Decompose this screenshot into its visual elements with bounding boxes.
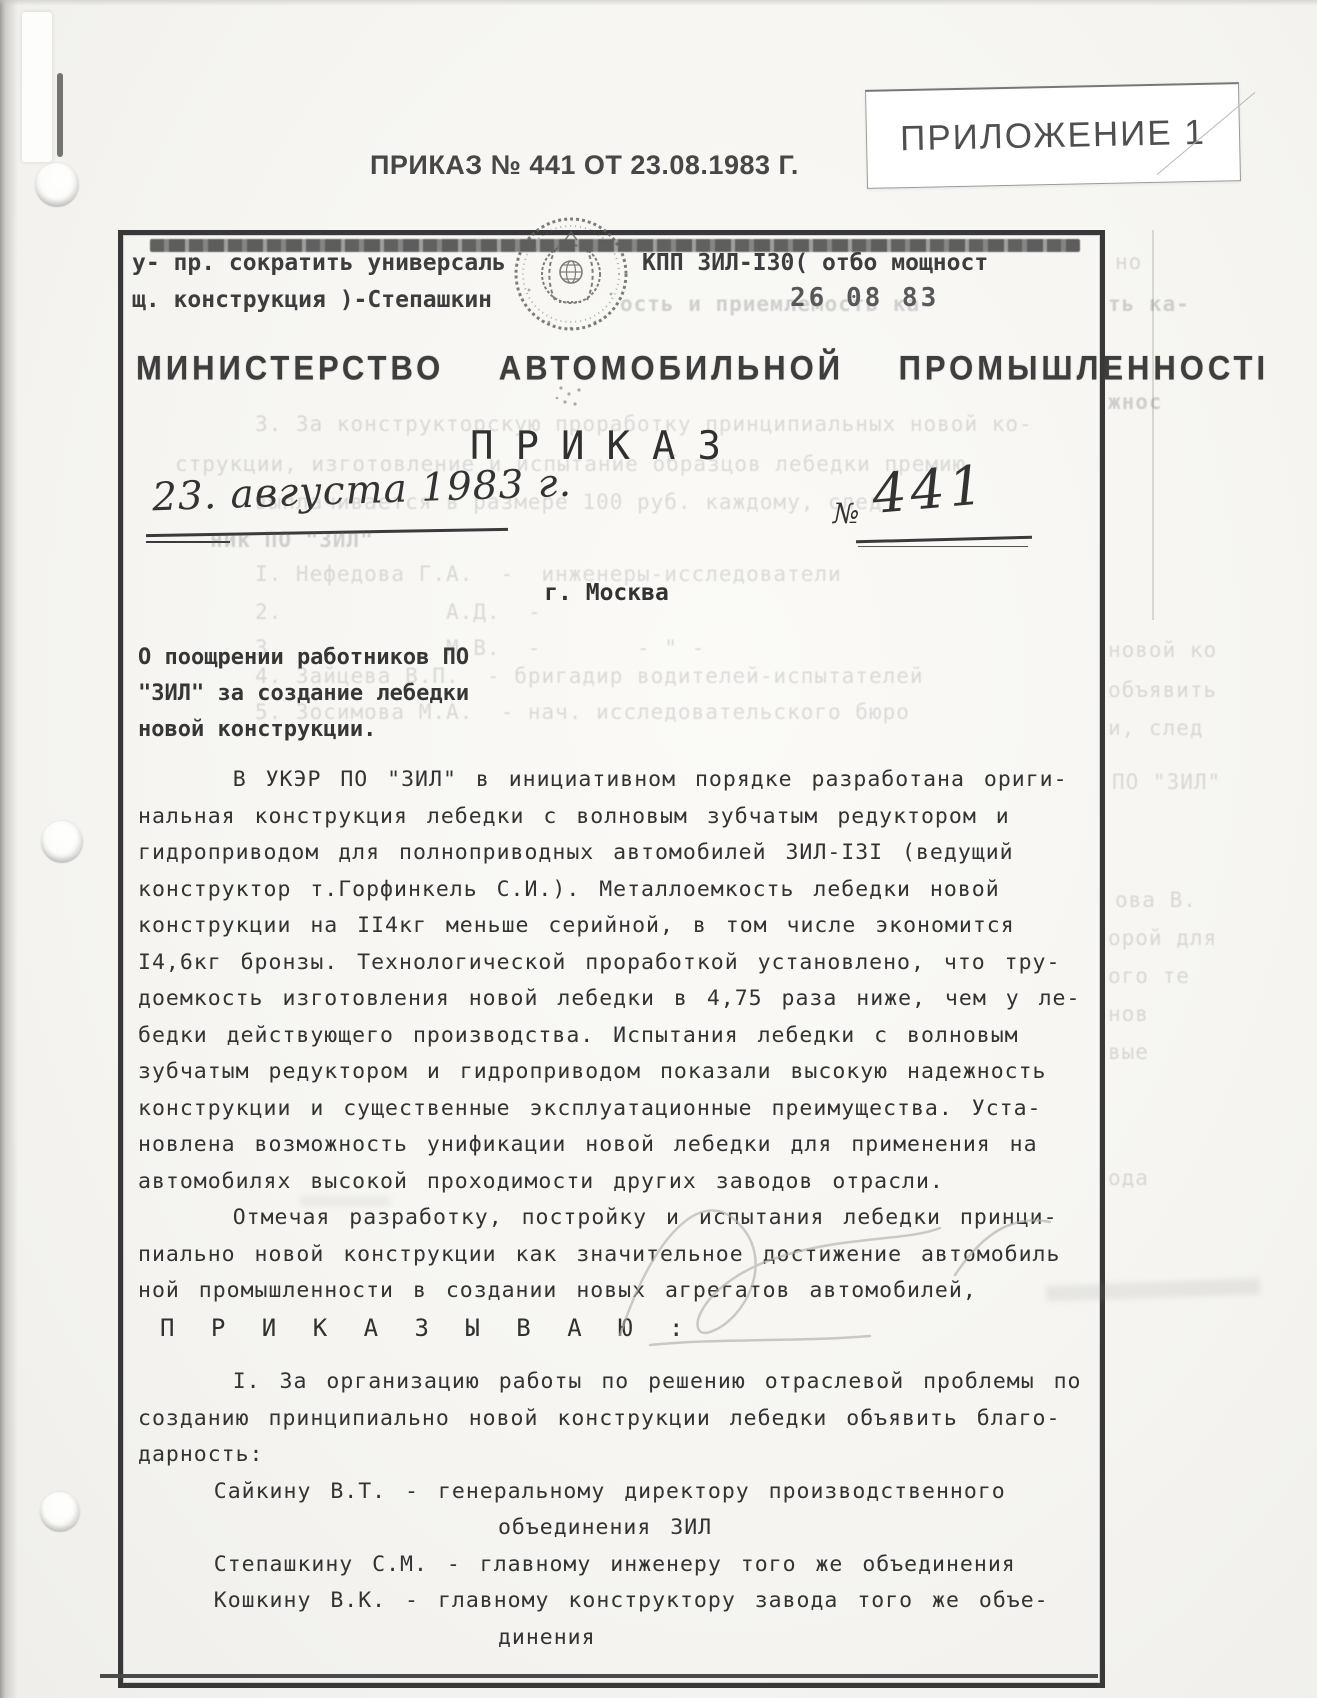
ink-smudge [300,1196,390,1206]
typed-line: гидроприводом для полноприводных автомоб… [138,835,1080,872]
bleedthrough-text: ова В. [1115,888,1197,912]
typed-line: созданию принципиально новой конструкции… [138,1401,1081,1438]
typed-line: В УКЭР ПО "ЗИЛ" в инициативном порядке р… [138,762,1080,799]
scan-top-edge [0,0,1317,6]
typed-line: конструкции и существенные эксплуатацион… [138,1091,1080,1128]
typed-line: I4,6кг бронзы. Технологической проработк… [138,945,1080,982]
bleedthrough-text: ник ПО "ЗИЛ" [210,528,374,552]
typed-line: конструктор т.Горфинкель С.И.). Металлое… [138,872,1080,909]
bleedthrough-text: объявить [1108,678,1217,702]
number-underline [858,546,1028,547]
hole-punch [35,163,79,207]
bleedthrough-text: ПО "ЗИЛ" [1112,770,1221,794]
bleedthrough-text: 5. Зосимова М.А. - нач. исследовательско… [255,700,910,724]
typed-line: динения [138,1620,1081,1657]
overlay-sheet-edge [1152,230,1154,620]
cutoff-line-2-left: щ. конструкция )-Степашкин [132,287,492,313]
pencil-signature [590,1150,1090,1360]
scan-left-edge [0,0,18,1698]
hole-punch [41,821,83,863]
bleedthrough-text: ость и приемлемость ка- [620,292,934,316]
tape-strip [22,12,52,162]
bleedthrough-text: 4. Зайцева В.П. - бригадир водителей-исп… [255,664,924,688]
bleedthrough-text: ть ка- [1108,292,1190,316]
typed-line: дарность: [138,1437,1081,1474]
bleedthrough-text: и, след [1108,716,1204,740]
typed-line: доемкость изготовления новой лебедки в 4… [138,981,1080,1018]
bleedthrough-text: 2. А.Д. - [255,600,542,624]
bleedthrough-text: но [1115,250,1142,274]
typed-line: I. За организацию работы по решению отра… [138,1364,1081,1401]
pen-mark [57,73,63,157]
appendix-label: ПРИЛОЖЕНИЕ 1 [865,82,1241,189]
order-items: I. За организацию работы по решению отра… [138,1364,1081,1656]
typed-line: зубчатым редуктором и гидроприводом пока… [138,1054,1080,1091]
typed-line: нальная конструкция лебедки с волновым з… [138,799,1080,836]
typed-line: объединения ЗИЛ [138,1510,1081,1547]
bleedthrough-text: 3. За конструкторскую проработку принцип… [255,412,1033,436]
frame-bottom-line [100,1674,1098,1678]
bleedthrough-text: выплачивается в размере 100 руб. каждому… [255,490,883,514]
scanned-document-page: ПРИЛОЖЕНИЕ 1 ПРИКАЗ № 441 ОТ 23.08.1983 … [0,0,1317,1698]
bleedthrough-text: вые [1108,1040,1149,1064]
cutoff-line-1-left: у- пр. сократить универсаль [132,250,506,276]
typed-line: конструкции на II4кг меньше серийной, в … [138,908,1080,945]
bleedthrough-text: нов [1108,1002,1149,1026]
hole-punch [40,1492,80,1532]
round-seal-stamp-icon [505,210,639,420]
bleedthrough-text: жнос [1108,390,1163,414]
bleedthrough-text: 3. М.В. - - " - [255,636,705,660]
typed-line: Степашкину С.М. - главному инженеру того… [138,1547,1081,1584]
appendix-label-text: ПРИЛОЖЕНИЕ 1 [900,113,1206,159]
bleedthrough-text: новой ко [1108,638,1217,662]
bleedthrough-text: орой для [1108,926,1217,950]
typed-line: бедки действующего производства. Испытан… [138,1018,1080,1055]
ministry-header: МИНИСТЕРСТВО АВТОМОБИЛЬНОЙ ПРОМЫШЛЕННОСТ… [136,348,1269,388]
cutoff-line-1-right: КПП ЗИЛ-I30( отбо мощност [642,250,988,276]
bleedthrough-text: струкции, изготовление и испытание образ… [175,452,966,476]
document-caption: ПРИКАЗ № 441 ОТ 23.08.1983 Г. [370,150,799,181]
bleedthrough-text: I. Нефедова Г.А. - инженеры-исследовател… [255,562,842,586]
bleedthrough-text: ода [1108,1166,1149,1190]
typed-line: Сайкину В.Т. - генеральному директору пр… [138,1474,1081,1511]
typed-line: Кошкину В.К. - главному конструктору зав… [138,1583,1081,1620]
bleedthrough-text: ого те [1108,964,1190,988]
